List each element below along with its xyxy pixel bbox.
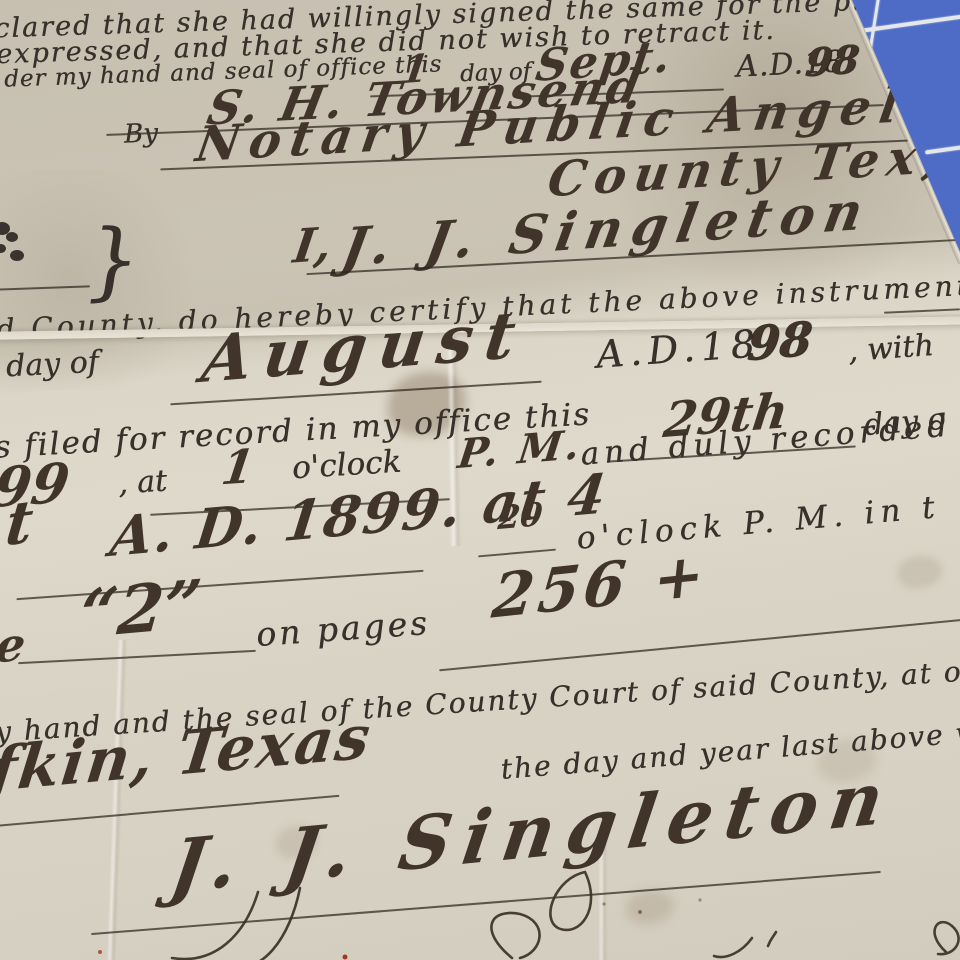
partial-letter-c — [491, 913, 539, 958]
ruled-line — [16, 570, 423, 600]
handwritten-volume-2: “2” — [77, 570, 204, 647]
signature-flourish-strokes — [0, 780, 960, 960]
handwritten-pages-256: 256 + — [489, 544, 711, 628]
stain — [898, 556, 942, 588]
printed-oclock-pm-in: o'clock P. M. in t — [575, 492, 941, 555]
handwritten-i-pre: I, — [291, 220, 335, 269]
descender-stroke — [172, 892, 258, 959]
brown-speck — [698, 898, 701, 901]
printed-with: , with — [847, 331, 935, 367]
brown-speck — [638, 910, 642, 914]
printed-on-pages: on pages — [255, 606, 431, 651]
handwritten-year-98: 98 — [804, 40, 861, 82]
printed-oclock: o'clock — [291, 447, 402, 485]
brown-speck — [602, 902, 605, 905]
brace-glyph: } — [85, 217, 141, 303]
handwritten-margin-mark: t — [3, 491, 36, 554]
printed-day-of-2: day of — [5, 348, 99, 383]
descender-stroke — [228, 888, 300, 960]
ruled-line — [18, 650, 256, 664]
printed-at: , at — [117, 467, 168, 500]
red-fleck — [98, 950, 102, 954]
ruled-line — [884, 308, 960, 313]
handwritten-superscript-20: 20 — [497, 498, 544, 534]
apostrophe-stroke — [768, 932, 776, 946]
ink-blot — [0, 220, 34, 268]
handwritten-hour-1: 1 — [219, 443, 257, 492]
document-paper: clared that she had willingly signed the… — [0, 0, 960, 960]
partial-letter-l — [935, 922, 959, 954]
printed-by-label: By — [124, 120, 159, 147]
loop-stroke — [550, 872, 591, 930]
mat-grid-line — [925, 144, 960, 154]
handwritten-year-98-2: 98 — [746, 315, 814, 367]
partial-stroke — [714, 938, 752, 957]
printed-ad-18-2: A.D.18 — [595, 324, 762, 373]
red-fleck — [343, 955, 348, 960]
